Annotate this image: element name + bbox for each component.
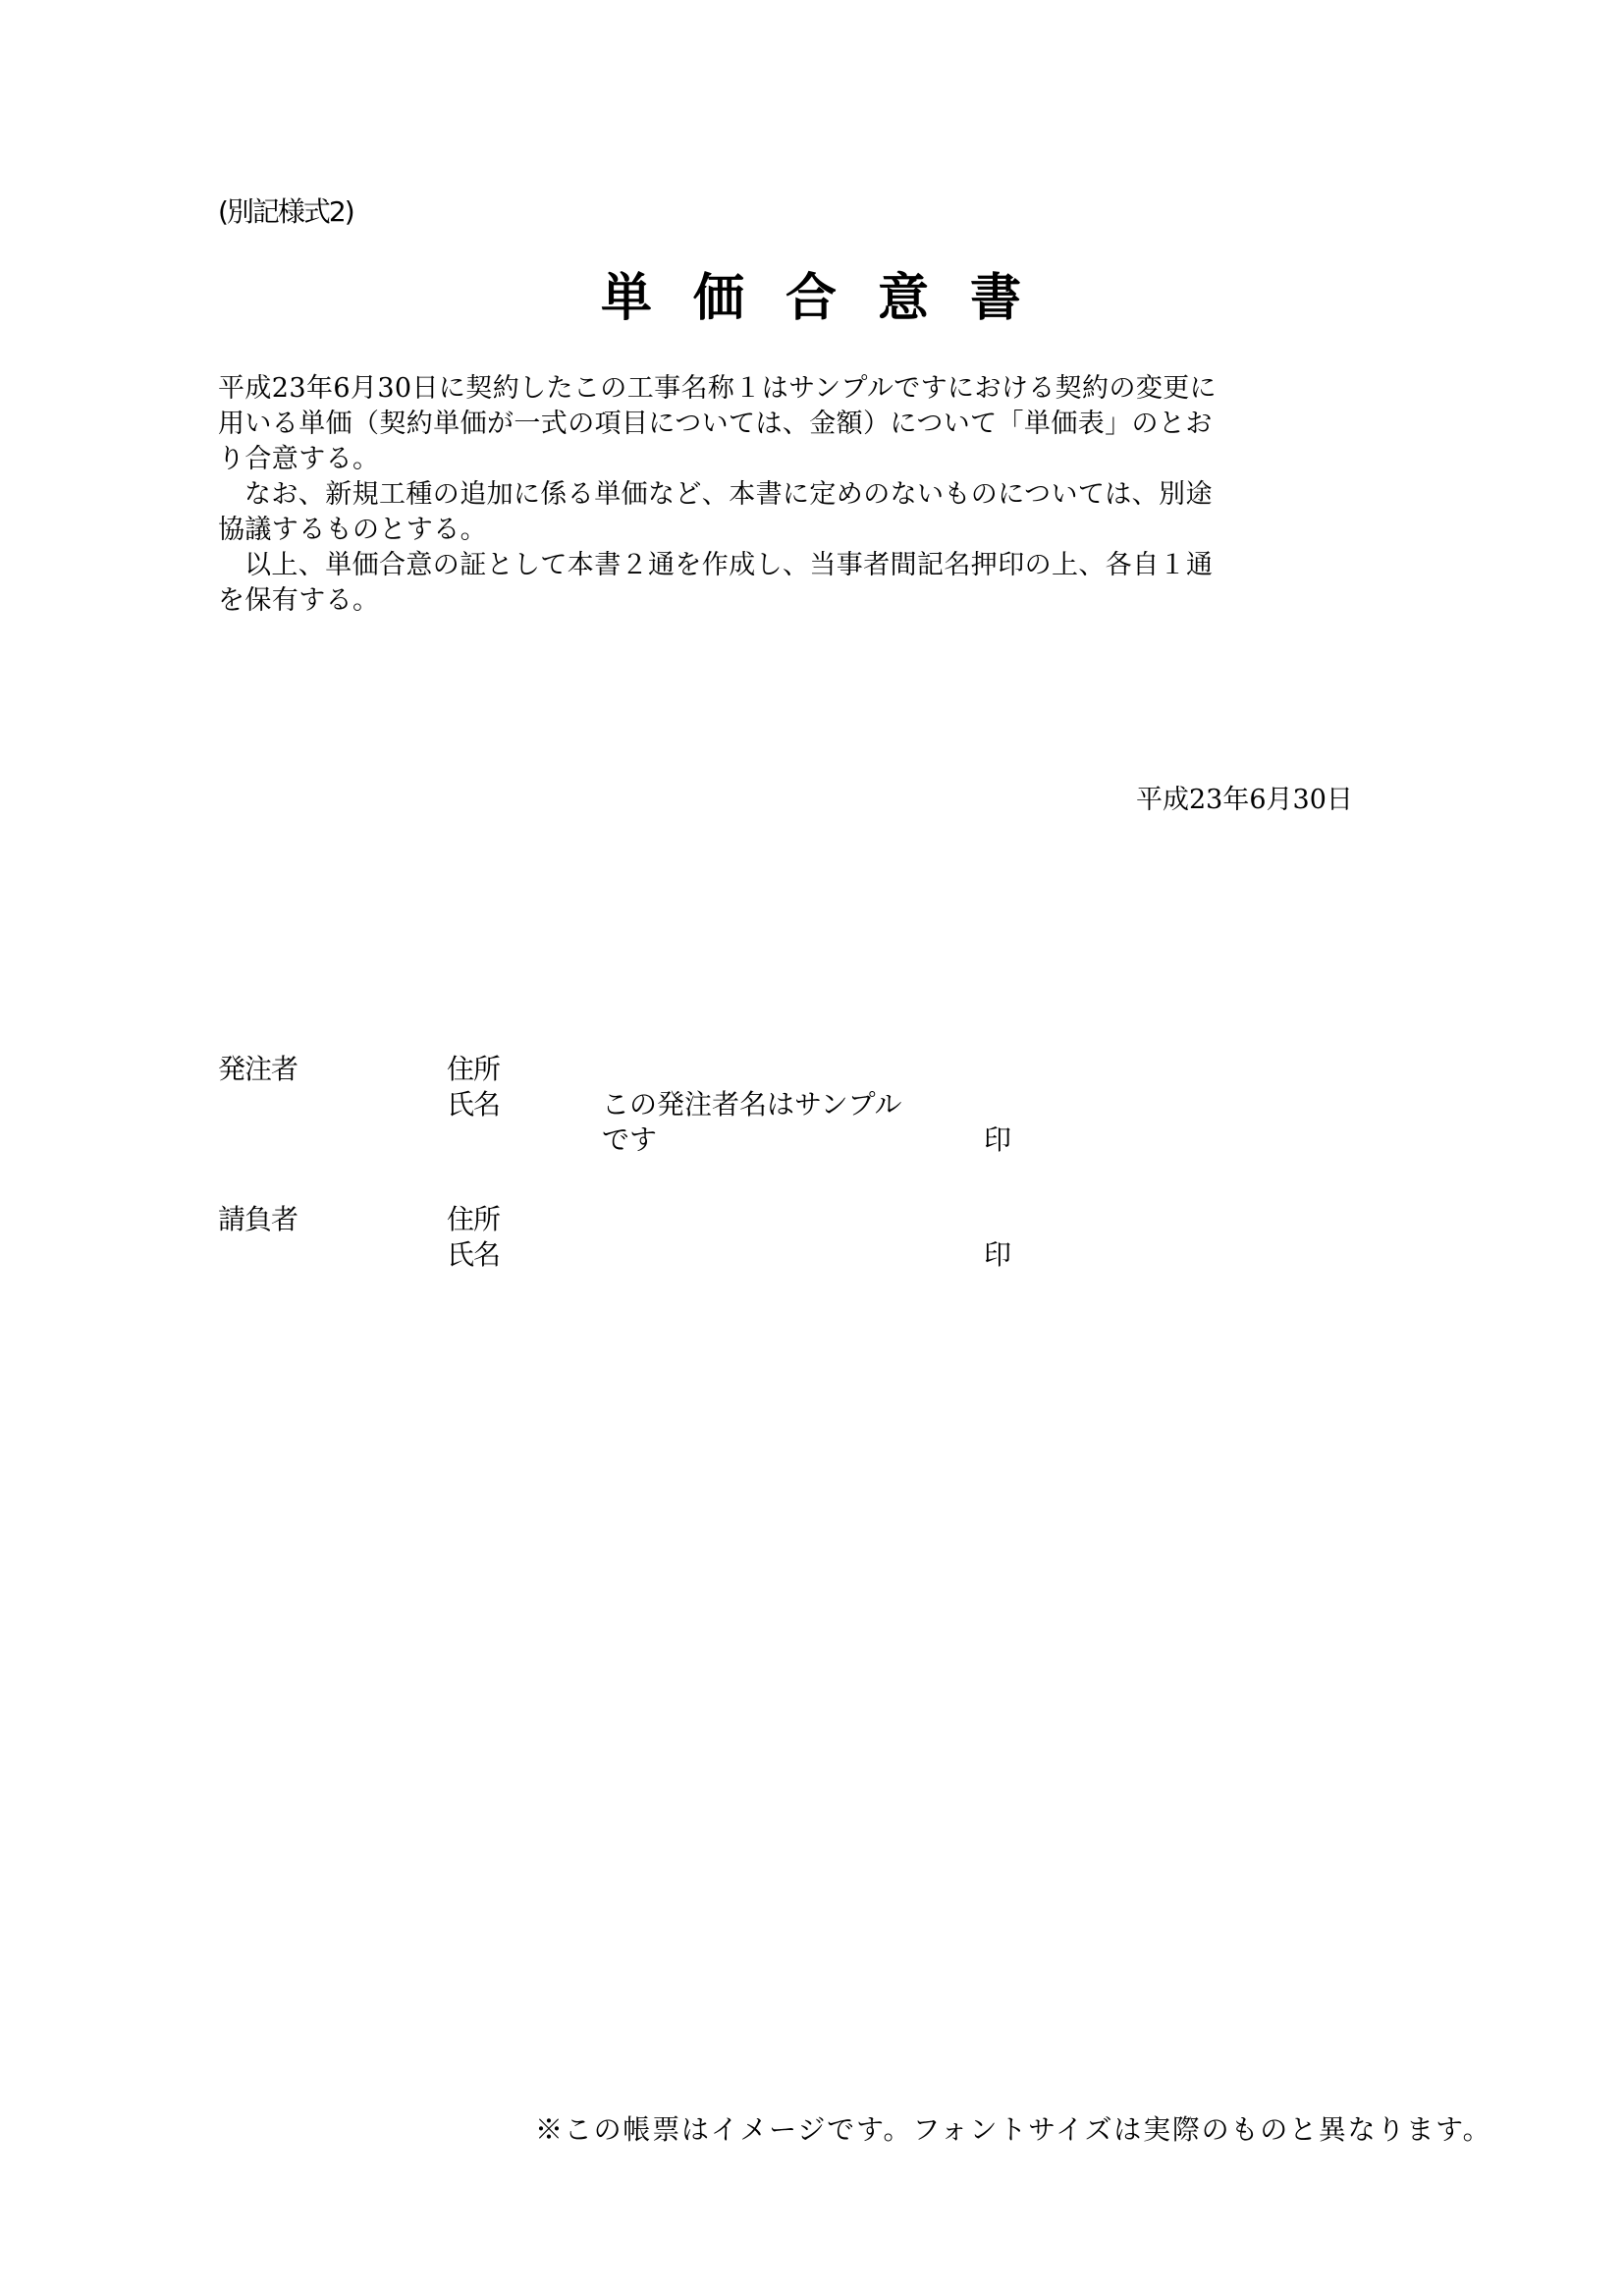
body-line: 以上、単価合意の証として本書２通を作成し、当事者間記名押印の上、各自１通: [218, 548, 1347, 583]
orderer-name-label: 氏名: [447, 1087, 500, 1122]
body-line: なお、新規工種の追加に係る単価など、本書に定めのないものについては、別途: [218, 477, 1347, 513]
body-line: 平成23年6月30日に契約したこの工事名称１はサンプルですにおける契約の変更に: [218, 371, 1347, 407]
agreement-body: 平成23年6月30日に契約したこの工事名称１はサンプルですにおける契約の変更に …: [218, 371, 1347, 619]
contractor-seal-mark: 印: [984, 1237, 1011, 1273]
contractor-name-label: 氏名: [447, 1237, 500, 1273]
form-label: (別記様式2): [218, 192, 353, 232]
contractor-label: 請負者: [218, 1202, 298, 1237]
body-line: を保有する。: [218, 583, 1347, 619]
page-title: 単価合意書: [601, 267, 1062, 330]
orderer-seal-mark: 印: [984, 1122, 1011, 1158]
orderer-name-value: この発注者名はサンプル: [602, 1087, 901, 1122]
orderer-name-value-cont: です: [602, 1122, 657, 1158]
body-line: 協議するものとする。: [218, 513, 1347, 548]
contractor-address-label: 住所: [447, 1202, 500, 1237]
document-date: 平成23年6月30日: [1136, 783, 1353, 818]
body-line: り合意する。: [218, 442, 1347, 477]
body-line: 用いる単価（契約単価が一式の項目については、金額）について「単価表」のとお: [218, 407, 1347, 442]
orderer-label: 発注者: [218, 1052, 298, 1087]
footer-note: ※この帳票はイメージです。フォントサイズは実際のものと異なります。: [535, 2111, 1491, 2149]
orderer-address-label: 住所: [447, 1052, 500, 1087]
